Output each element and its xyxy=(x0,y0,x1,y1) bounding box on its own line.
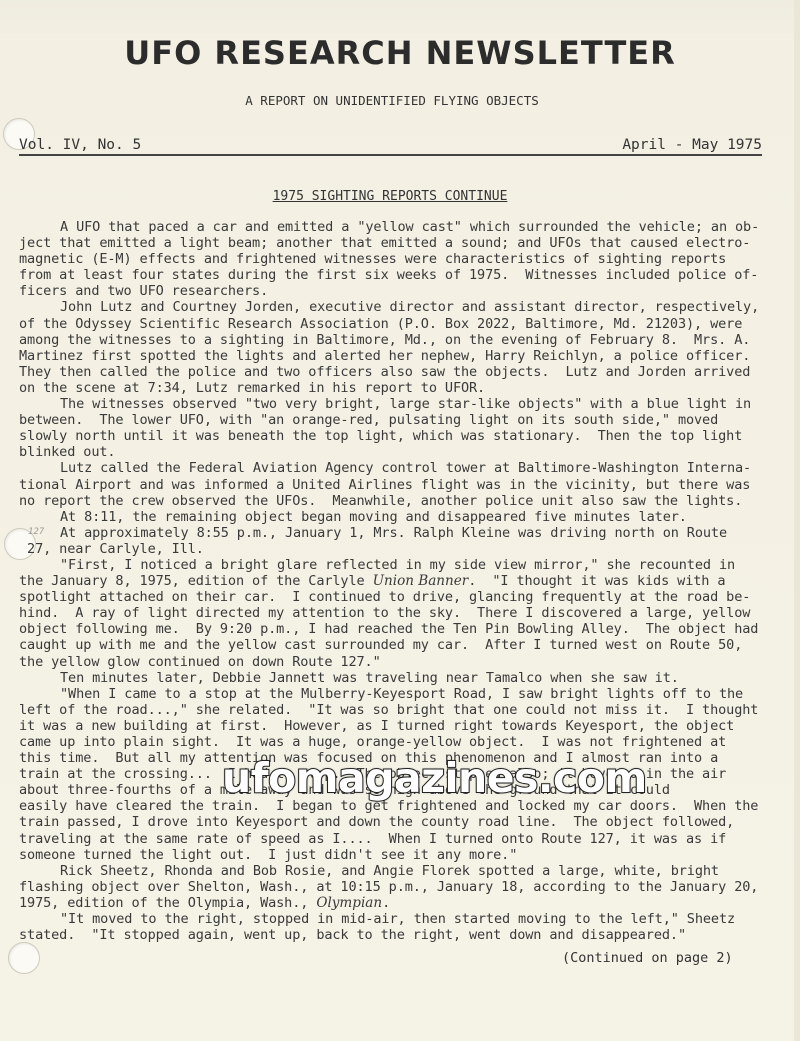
article-line: The witnesses observed "two very bright,… xyxy=(19,396,779,412)
article-line: A UFO that paced a car and emitted a "ye… xyxy=(19,219,779,235)
article-line: Rick Sheetz, Rhonda and Bob Rosie, and A… xyxy=(19,863,779,879)
article-line: of the Odyssey Scientific Research Assoc… xyxy=(19,316,779,332)
article-line: on the scene at 7:34, Lutz remarked in h… xyxy=(19,380,779,396)
article-line: "When I came to a stop at the Mulberry-K… xyxy=(19,686,779,702)
article-line: no report the crew observed the UFOs. Me… xyxy=(19,493,779,509)
article-line: came up into plain sight. It was a huge,… xyxy=(19,734,779,750)
volume-number: Vol. IV, No. 5 xyxy=(19,137,141,153)
article-line: between. The lower UFO, with "an orange-… xyxy=(19,412,779,428)
article-line: 1975, edition of the Olympia, Wash., Oly… xyxy=(19,895,779,911)
publication-name: Olympian xyxy=(316,895,382,911)
page-edge xyxy=(794,0,800,1041)
article-line: Ten minutes later, Debbie Jannett was tr… xyxy=(19,670,779,686)
watermark: ufomagazines.com xyxy=(222,754,647,802)
publication-name: Union Banner xyxy=(373,573,469,589)
continued-note: (Continued on page 2) xyxy=(562,950,733,966)
article-line: ficers and two UFO researchers. xyxy=(19,283,779,299)
article-line: At approximately 8:55 p.m., January 1, M… xyxy=(19,525,779,541)
punch-hole-bottom xyxy=(8,942,40,974)
article-line: someone turned the light out. I just did… xyxy=(19,847,779,863)
article-line: "It moved to the right, stopped in mid-a… xyxy=(19,911,779,927)
article-line: They then called the police and two offi… xyxy=(19,364,779,380)
article-line: caught up with me and the yellow cast su… xyxy=(19,637,779,653)
article-line: left of the road...," she related. "It w… xyxy=(19,702,779,718)
article-line: object following me. By 9:20 p.m., I had… xyxy=(19,621,779,637)
article-line: ject that emitted a light beam; another … xyxy=(19,235,779,251)
article-title: 1975 SIGHTING REPORTS CONTINUE xyxy=(0,189,780,204)
article-line: John Lutz and Courtney Jorden, executive… xyxy=(19,299,779,315)
article-line: the January 8, 1975, edition of the Carl… xyxy=(19,573,779,589)
article-line: train passed, I drove into Keyesport and… xyxy=(19,814,779,830)
article-line: the yellow glow continued on down Route … xyxy=(19,654,779,670)
margin-handwritten-note: 127 xyxy=(28,527,44,537)
article-line: tional Airport and was informed a United… xyxy=(19,477,779,493)
article-body: A UFO that paced a car and emitted a "ye… xyxy=(19,219,779,943)
article-line: blinked out. xyxy=(19,444,779,460)
article-line: 27, near Carlyle, Ill. xyxy=(19,541,779,557)
article-line: traveling at the same rate of speed as I… xyxy=(19,831,779,847)
issue-date: April - May 1975 xyxy=(622,137,762,153)
article-line: spotlight attached on their car. I conti… xyxy=(19,589,779,605)
newsletter-subtitle: A REPORT ON UNIDENTIFIED FLYING OBJECTS xyxy=(0,93,784,108)
article-line: Lutz called the Federal Aviation Agency … xyxy=(19,460,779,476)
article-line: among the witnesses to a sighting in Bal… xyxy=(19,332,779,348)
article-line: magnetic (E-M) effects and frightened wi… xyxy=(19,251,779,267)
article-line: "First, I noticed a bright glare reflect… xyxy=(19,557,779,573)
article-line: hind. A ray of light directed my attenti… xyxy=(19,605,779,621)
newsletter-title: UFO RESEARCH NEWSLETTER xyxy=(0,34,800,72)
article-line: from at least four states during the fir… xyxy=(19,267,779,283)
article-line: At 8:11, the remaining object began movi… xyxy=(19,509,779,525)
article-line: stated. "It stopped again, went up, back… xyxy=(19,927,779,943)
issue-info-bar: Vol. IV, No. 5 April - May 1975 xyxy=(19,137,762,156)
article-line: slowly north until it was beneath the to… xyxy=(19,428,779,444)
article-line: flashing object over Shelton, Wash., at … xyxy=(19,879,779,895)
article-line: it was a new building at first. However,… xyxy=(19,718,779,734)
article-line: Martinez first spotted the lights and al… xyxy=(19,348,779,364)
